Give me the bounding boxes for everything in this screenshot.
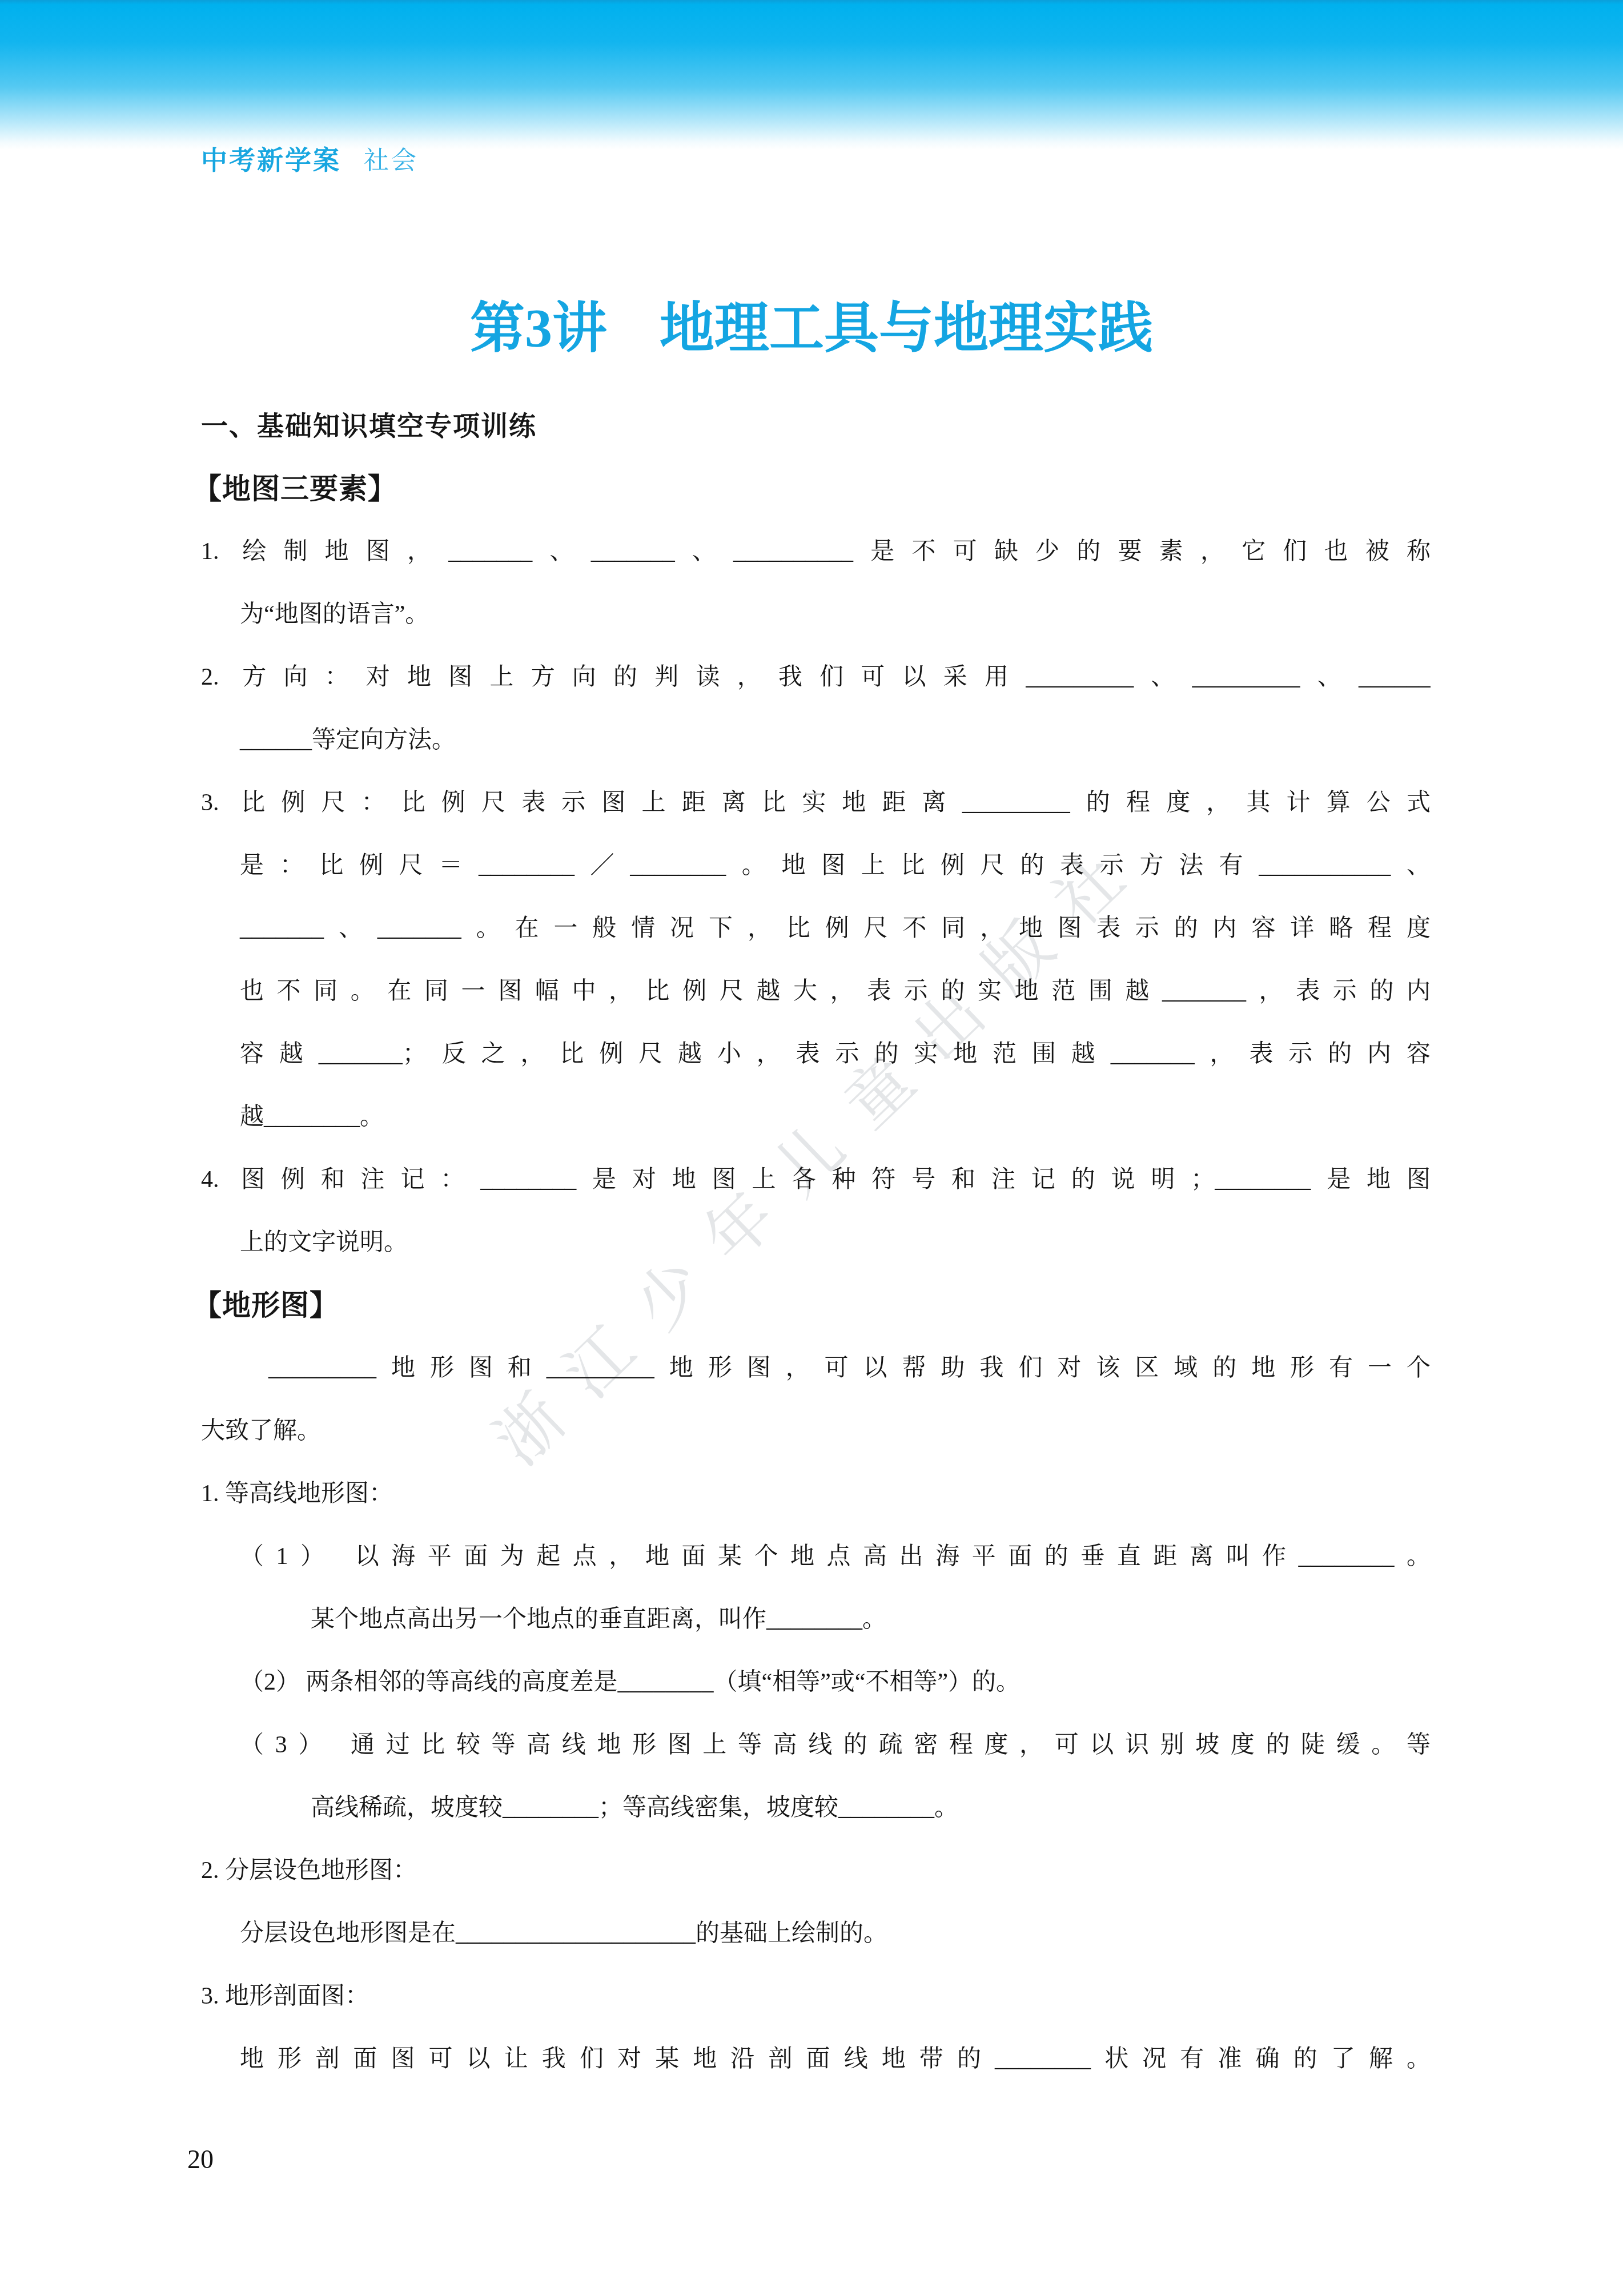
workbook-page: 中考新学案社会 浙江少年儿童出版社 第3讲地理工具与地理实践 一、基础知识填空专…	[0, 0, 1623, 2296]
q3-line2: 是：比例尺＝________／________。地图上比例尺的表示方法有____…	[201, 834, 1431, 897]
intro-line1: _________地形图和_________地形图，可以帮助我们对该区域的地形有…	[201, 1337, 1431, 1400]
t1-sub2-line1: （2） 两条相邻的等高线的高度差是________（填“相等”或“不相等”）的。	[201, 1651, 1431, 1714]
t1-sub1-line2: 某个地点高出另一个地点的垂直距离，叫作________。	[201, 1588, 1431, 1651]
t1-sub3-line2: 高线稀疏，坡度较________；等高线密集，坡度较________。	[201, 1776, 1431, 1839]
bracket-heading-map-three-elements: 【地图三要素】	[193, 457, 1431, 520]
q1-line2: 为“地图的语言”。	[201, 583, 1431, 646]
t1-heading: 1. 等高线地形图：	[201, 1462, 1431, 1525]
section-heading-basic-fill-training: 一、基础知识填空专项训练	[201, 395, 1431, 457]
q2-line2: ______等定向方法。	[201, 709, 1431, 771]
lesson-title: 地理工具与地理实践	[660, 297, 1153, 359]
t1-sub1-line1: （1） 以海平面为起点，地面某个地点高出海平面的垂直距离叫作________。	[201, 1525, 1431, 1588]
bracket-heading-topographic-map: 【地形图】	[193, 1274, 1431, 1337]
t1-sub3-line1: （3） 通过比较等高线地形图上等高线的疏密程度，可以识别坡度的陡缓。等	[201, 1714, 1431, 1776]
brand-header: 中考新学案社会	[201, 142, 419, 178]
intro-line2: 大致了解。	[201, 1400, 1431, 1462]
body-lines: 一、基础知识填空专项训练【地图三要素】1. 绘制地图，_______、_____…	[201, 395, 1431, 2090]
q2-line1: 2. 方向：对地图上方向的判读，我们可以采用_________、________…	[201, 646, 1431, 709]
q1-line1: 1. 绘制地图，_______、_______、__________是不可缺少的…	[201, 520, 1431, 583]
brand-subject-text: 社会	[364, 147, 419, 175]
top-gradient-banner	[0, 0, 1623, 150]
t3-line1: 地形剖面图可以让我们对某地沿剖面线地带的________状况有准确的了解。	[201, 2028, 1431, 2090]
t2-line1: 分层设色地形图是在____________________的基础上绘制的。	[201, 1902, 1431, 1965]
t2-heading: 2. 分层设色地形图：	[201, 1839, 1431, 1902]
q3-line1: 3. 比例尺：比例尺表示图上距离比实地距离_________的程度，其计算公式	[201, 771, 1431, 834]
page-title: 第3讲地理工具与地理实践	[0, 292, 1623, 364]
q4-line2: 上的文字说明。	[201, 1211, 1431, 1274]
lesson-number: 第3讲	[470, 297, 607, 359]
q3-line5: 容越_______；反之，比例尺越小，表示的实地范围越_______，表示的内容	[201, 1023, 1431, 1085]
q3-line6: 越________。	[201, 1085, 1431, 1148]
brand-series-text: 中考新学案	[201, 145, 341, 175]
q3-line3: _______、_______。在一般情况下，比例尺不同，地图表示的内容详略程度	[201, 897, 1431, 960]
page-number: 20	[187, 2142, 214, 2177]
t3-heading: 3. 地形剖面图：	[201, 1965, 1431, 2028]
q3-line4: 也不同。在同一图幅中，比例尺越大，表示的实地范围越_______，表示的内	[201, 960, 1431, 1023]
q4-line1: 4. 图例和注记：________是对地图上各种符号和注记的说明；_______…	[201, 1148, 1431, 1211]
